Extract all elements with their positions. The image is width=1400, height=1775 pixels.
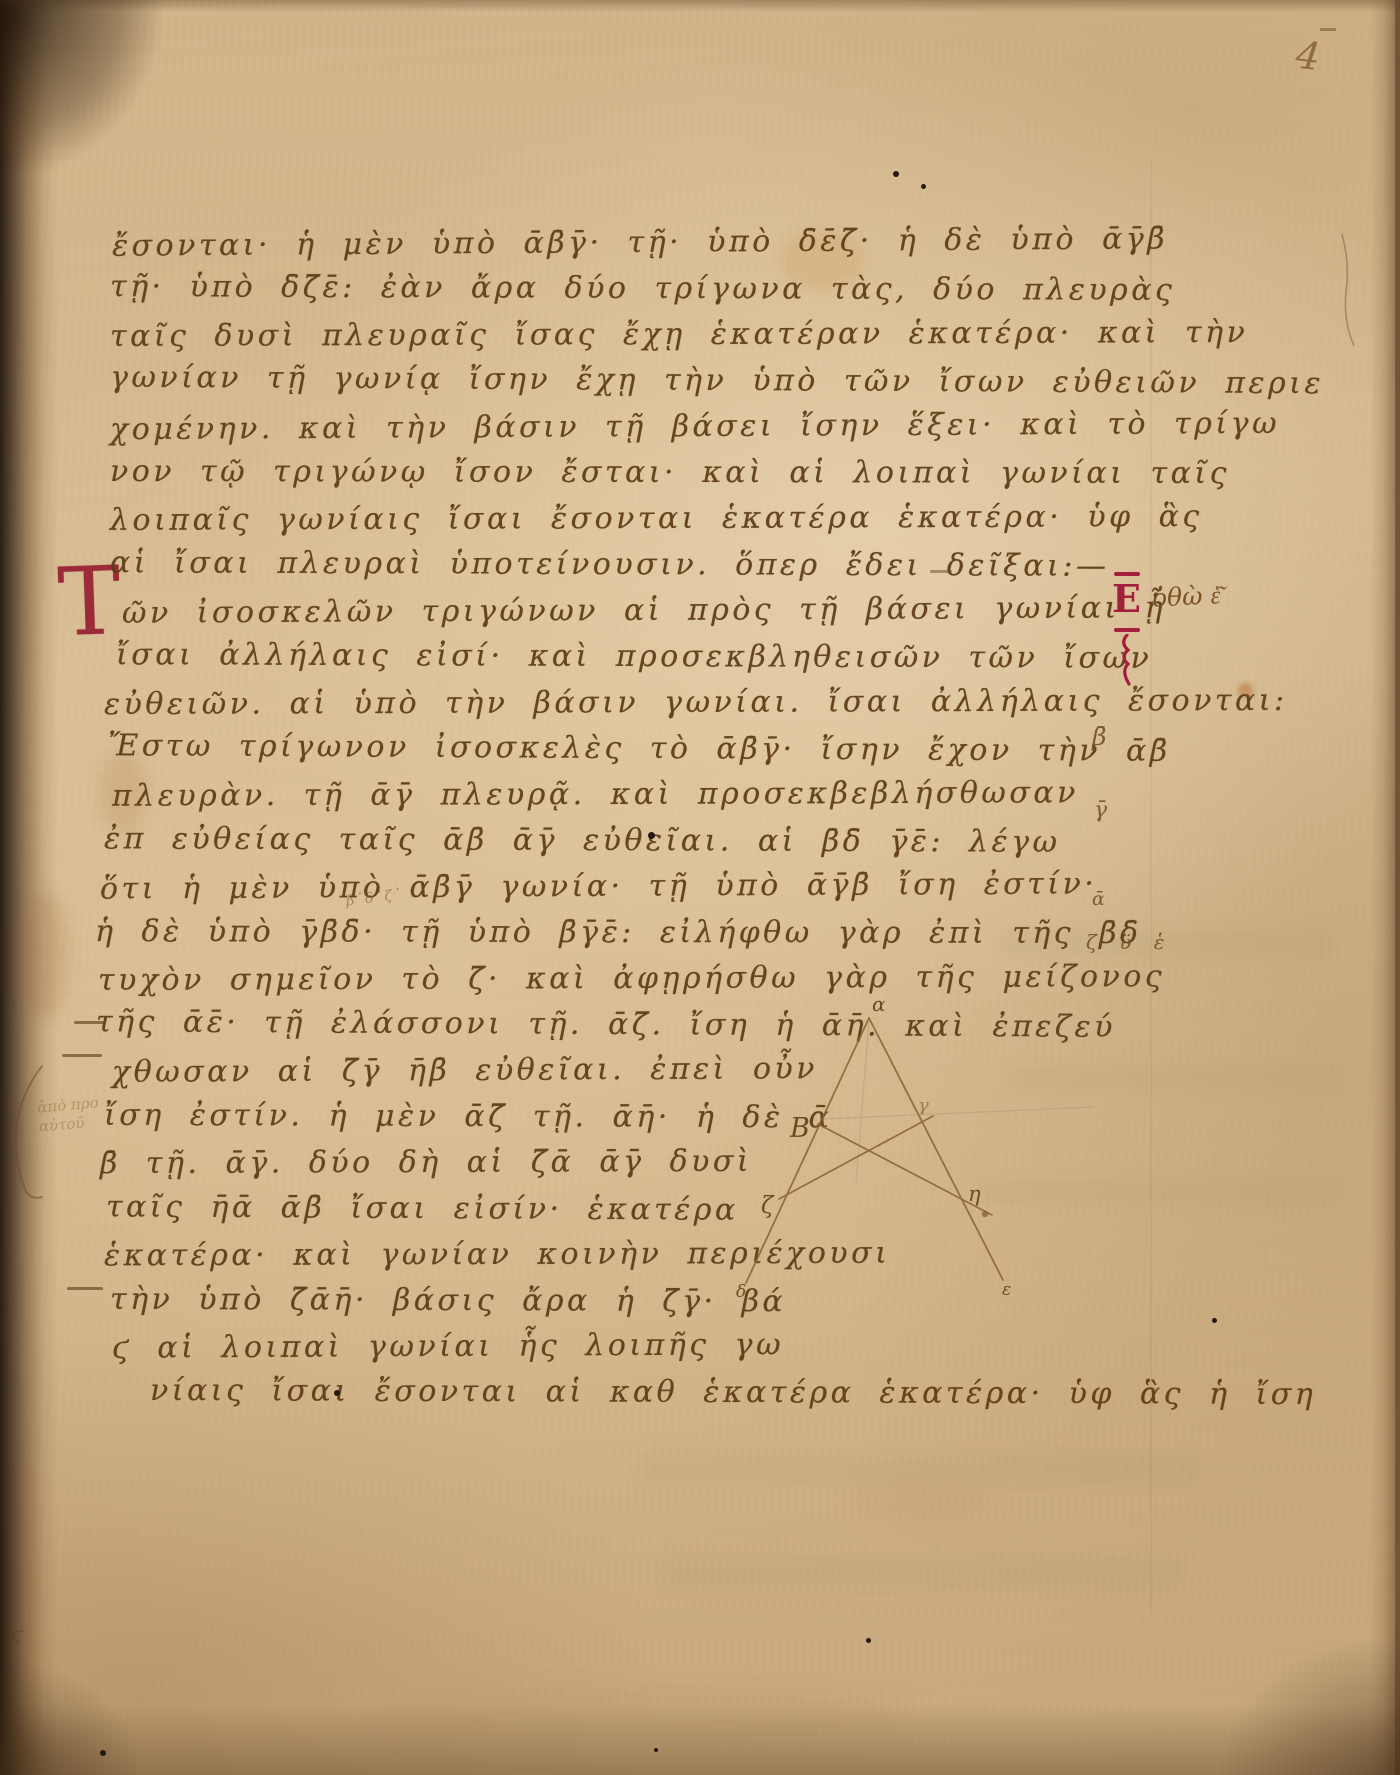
manuscript-line: Ἔστω τρίγωνον ἰσοσκελὲς τὸ ᾱβ̄γ̄· ἴσην ἔ… [108,728,1171,769]
ink-speck [866,1638,871,1643]
manuscript-page: 4 Τ ἔσονται· ἡ μὲν ὑπὸ ᾱβ̄γ̄· τῇ· ὑπὸ δ̄… [0,0,1400,1775]
proposition-number: Ε [1112,576,1141,621]
text-block: ἔσονται· ἡ μὲν ὑπὸ ᾱβ̄γ̄· τῇ· ὑπὸ δ̄ε̄ζ̄… [0,0,1400,1775]
figure-label-alpha: α [872,992,886,1016]
figure-faint-offset-line [856,1020,869,1183]
figure-label-delta: δ [736,1282,746,1302]
figure-label-zeta: ζ [761,1193,775,1219]
manuscript-line: λοιπαῖς γωνίαις ἴσαι ἔσονται ἑκατέρα ἑκα… [110,499,1203,538]
figure-stray-dot [982,1211,988,1217]
manuscript-line: πλευρὰν. τῇ ᾱγ̄ πλευρᾷ. καὶ προσεκβεβλήσ… [112,775,1079,813]
figure-line-right-side-extended [869,1018,1003,1280]
margin-letters-zeta-eta-epsilon: ζ ϋ ἑ [1086,930,1172,954]
manuscript-line: αἱ ἴσαι πλευραὶ ὑποτείνουσιν. ὅπερ ἔδει … [110,545,1109,583]
figure-line-left-side-extended [746,1018,869,1283]
line-filler-dash [930,570,952,573]
margin-letter-alpha: ᾱ [1092,888,1105,910]
manuscript-line: νον τῷ τριγώνῳ ἴσον ἔσται· καὶ αἱ λοιπαὶ… [110,454,1230,491]
manuscript-line: νίαις ἴσαι ἔσονται αἱ καθ ἑκατέρα ἑκατέρ… [150,1373,1316,1412]
margin-letter-gamma: γ̄ [1094,798,1107,823]
ink-speck [893,171,899,177]
manuscript-line: ϛ αἱ λοιπαὶ γωνίαι ἧς λοιπῆς γω [112,1327,784,1366]
margin-dash [74,1021,106,1024]
manuscript-line: ῶν ἰσοσκελῶν τριγώνων αἱ πρὸς τῇ βάσει γ… [122,590,1166,630]
margin-dash [62,1054,102,1057]
manuscript-line: ἡ δὲ ὑπὸ γ̄β̄δ̄· τῇ ὑπὸ β̄γ̄ε̄: εἰλήφθω … [95,914,1142,951]
figure-label-beta: Β [789,1113,810,1144]
manuscript-line: ἐπ εὐθείας ταῖς ᾱβ̄ ᾱγ̄ εὐθεῖαι. αἱ β̄δ̄… [104,821,1061,859]
ink-speck [1212,1318,1217,1323]
margin-dash [67,1287,103,1290]
figure-faint-base-line [824,1107,1094,1119]
manuscript-line: ἴσαι ἀλλήλαις εἰσί· καὶ προσεκβληθεισῶν … [116,637,1152,676]
parchment-crack [1330,230,1370,350]
manuscript-line: τῇ· ὑπὸ δ̄ζ̄ε̄: ἐὰν ἄρα δύο τρίγωνα τὰς,… [110,269,1175,308]
theorem-gloss: ὁθὼ ἑ͂ [1151,580,1221,614]
figure-line-b-to-eta [818,1124,992,1215]
manuscript-line: ὅτι ἡ μὲν ὑπὸ ᾱβ̄γ̄ γωνία· τῇ ὑπὸ ᾱγ̄β̄ … [100,866,1098,906]
rubric-underline [1114,628,1140,632]
ink-speck [648,832,655,839]
manuscript-line: γωνίαν τῇ γωνίᾳ ἴσην ἔχῃ τὴν ὑπὸ τῶν ἴσω… [110,360,1324,401]
figure-label-eta: η [968,1182,981,1206]
ink-speck [100,1750,106,1756]
manuscript-line: ταῖς δυσὶ πλευραῖς ἴσας ἔχῃ ἑκατέραν ἑκα… [110,315,1248,354]
euclid-triangle-figure: α Β γ ζ η δ ε [620,985,1100,1320]
figure-label-gamma: γ [918,1095,929,1116]
manuscript-line: εὐθειῶν. αἱ ὑπὸ τὴν βάσιν γωνίαι. ἴσαι ἀ… [104,683,1288,722]
margin-letter-beta: β̄ [1092,722,1106,751]
manuscript-line: ἔσονται· ἡ μὲν ὑπὸ ᾱβ̄γ̄· τῇ· ὑπὸ δ̄ε̄ζ̄… [112,221,1168,263]
figure-label-epsilon: ε [1002,1280,1011,1300]
margin-flourish-curve [4,1060,56,1202]
ink-speck [921,184,926,189]
rubric-tail-flourish [1118,634,1136,686]
manuscript-line: χομένην. καὶ τὴν βάσιν τῇ βάσει ἴσην ἕξε… [110,406,1280,447]
ink-speck [334,1390,340,1396]
ink-speck [654,1748,658,1752]
